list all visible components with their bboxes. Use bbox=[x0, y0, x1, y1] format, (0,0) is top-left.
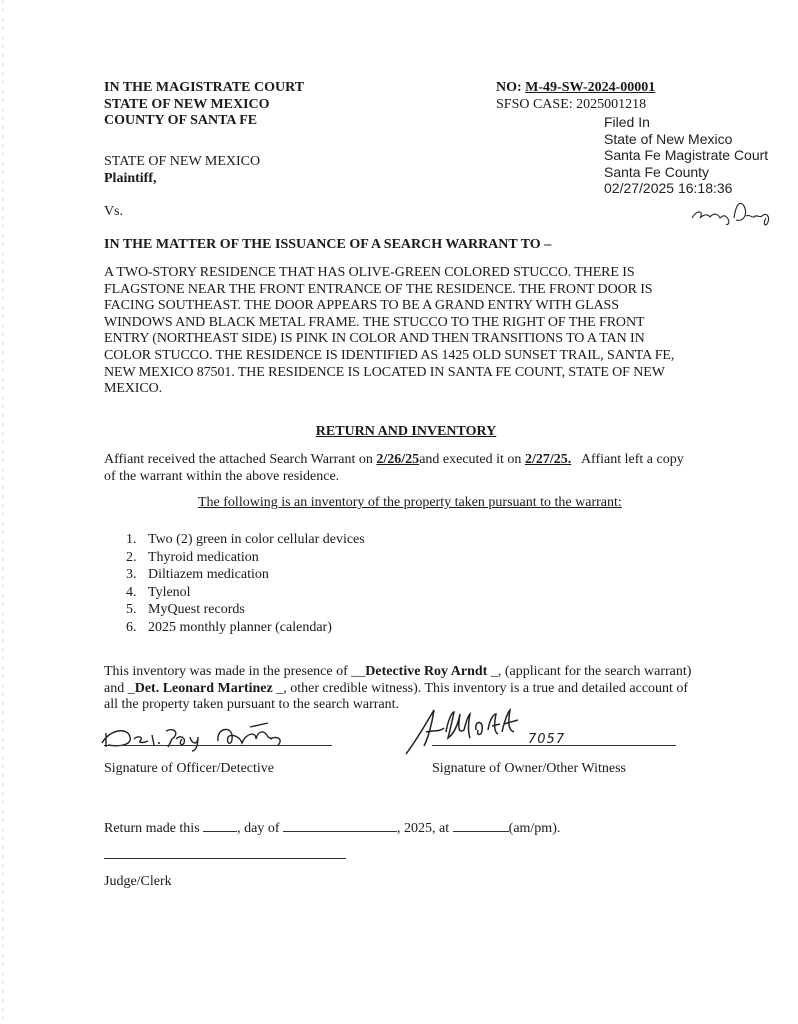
versus: Vs. bbox=[104, 204, 123, 221]
description-line: ENTRY (NORTHEAST SIDE) IS PINK IN COLOR … bbox=[104, 331, 704, 348]
clerk-signature bbox=[690, 196, 780, 230]
inventory-item: 5.MyQuest records bbox=[126, 601, 365, 619]
party-name: STATE OF NEW MEXICO bbox=[104, 154, 260, 171]
witness-signature-label: Signature of Owner/Other Witness bbox=[432, 761, 626, 778]
inventory-item-number: 3. bbox=[126, 566, 148, 584]
inventory-item-number: 6. bbox=[126, 619, 148, 637]
inventory-intro: The following is an inventory of the pro… bbox=[198, 495, 622, 512]
received-date: 2/26/25 bbox=[376, 452, 419, 467]
officer-signature-label: Signature of Officer/Detective bbox=[104, 761, 274, 778]
case-number: NO: M-49-SW-2024-00001 bbox=[496, 80, 655, 97]
case-numbers: NO: M-49-SW-2024-00001 SFSO CASE: 202500… bbox=[496, 80, 655, 113]
return-made-text: , day of bbox=[237, 821, 283, 836]
presence-text: _, other credible witness). This invento… bbox=[273, 681, 688, 696]
inventory-item-number: 1. bbox=[126, 531, 148, 549]
description-line: WINDOWS AND BLACK METAL FRAME. THE STUCC… bbox=[104, 315, 704, 332]
inventory-item-text: Two (2) green in color cellular devices bbox=[148, 532, 365, 547]
return-made-line: Return made this , day of , 2025, at (am… bbox=[104, 819, 560, 838]
inventory-item-number: 5. bbox=[126, 601, 148, 619]
filed-court: Santa Fe Magistrate Court bbox=[604, 147, 768, 164]
court-caption: IN THE MAGISTRATE COURT STATE OF NEW MEX… bbox=[104, 80, 304, 130]
return-made-text: Return made this bbox=[104, 821, 203, 836]
affiant-text: Affiant left a copy bbox=[571, 452, 684, 467]
applicant-name: Detective Roy Arndt bbox=[365, 664, 487, 679]
premises-description: A TWO-STORY RESIDENCE THAT HAS OLIVE-GRE… bbox=[104, 265, 704, 398]
affiant-text: and executed it on bbox=[419, 452, 525, 467]
case-number-value: M-49-SW-2024-00001 bbox=[525, 80, 655, 95]
executed-date: 2/27/25. bbox=[525, 452, 571, 467]
case-number-label: NO: bbox=[496, 80, 525, 95]
presence-text: and _ bbox=[104, 681, 135, 696]
inventory-item: 1.Two (2) green in color cellular device… bbox=[126, 531, 365, 549]
inventory-item-text: Diltiazem medication bbox=[148, 567, 269, 582]
return-made-text: (am/pm). bbox=[509, 821, 561, 836]
court-state: STATE OF NEW MEXICO bbox=[104, 97, 304, 114]
party-role: Plaintiff, bbox=[104, 171, 260, 188]
return-heading: RETURN AND INVENTORY bbox=[0, 424, 798, 441]
judge-clerk-label: Judge/Clerk bbox=[104, 874, 172, 891]
inventory-item-number: 2. bbox=[126, 549, 148, 567]
inventory-item-text: Thyroid medication bbox=[148, 550, 259, 565]
description-line: FLAGSTONE NEAR THE FRONT ENTRANCE OF THE… bbox=[104, 282, 704, 299]
affiant-text: Affiant received the attached Search War… bbox=[104, 452, 376, 467]
court-name: IN THE MAGISTRATE COURT bbox=[104, 80, 304, 97]
filed-timestamp: 02/27/2025 16:18:36 bbox=[604, 180, 768, 197]
filed-in: Filed In bbox=[604, 114, 768, 131]
presence-text: This inventory was made in the presence … bbox=[104, 664, 365, 679]
officer-signature-line bbox=[104, 745, 332, 746]
presence-text: _, (applicant for the search warrant) bbox=[487, 664, 691, 679]
inventory-item-number: 4. bbox=[126, 584, 148, 602]
inventory-item: 3.Diltiazem medication bbox=[126, 566, 365, 584]
witness-name: Det. Leonard Martinez bbox=[135, 681, 273, 696]
filing-stamp: Filed In State of New Mexico Santa Fe Ma… bbox=[604, 114, 768, 197]
inventory-item-text: MyQuest records bbox=[148, 602, 245, 617]
inventory-list: 1.Two (2) green in color cellular device… bbox=[126, 531, 365, 637]
witness-signature-line bbox=[432, 745, 676, 746]
witness-signature bbox=[404, 704, 594, 756]
filed-county: Santa Fe County bbox=[604, 164, 768, 181]
description-line: NEW MEXICO 87501. THE RESIDENCE IS LOCAT… bbox=[104, 365, 704, 382]
description-line: COLOR STUCCO. THE RESIDENCE IS IDENTIFIE… bbox=[104, 348, 704, 365]
filed-state: State of New Mexico bbox=[604, 131, 768, 148]
description-line: MEXICO. bbox=[104, 381, 704, 398]
affiant-text: of the warrant within the above residenc… bbox=[104, 469, 714, 486]
inventory-item: 4.Tylenol bbox=[126, 584, 365, 602]
affiant-statement: Affiant received the attached Search War… bbox=[104, 452, 714, 485]
inventory-item: 2.Thyroid medication bbox=[126, 549, 365, 567]
court-county: COUNTY OF SANTA FE bbox=[104, 113, 304, 130]
month-blank[interactable] bbox=[283, 819, 397, 832]
time-blank[interactable] bbox=[453, 819, 509, 832]
return-made-text: , 2025, at bbox=[397, 821, 453, 836]
description-line: A TWO-STORY RESIDENCE THAT HAS OLIVE-GRE… bbox=[104, 265, 704, 282]
scan-edge-artifact bbox=[2, 0, 4, 1024]
sfso-case: SFSO CASE: 2025001218 bbox=[496, 97, 655, 114]
inventory-item-text: Tylenol bbox=[148, 585, 191, 600]
inventory-item: 6.2025 monthly planner (calendar) bbox=[126, 619, 365, 637]
inventory-item-text: 2025 monthly planner (calendar) bbox=[148, 620, 332, 635]
judge-signature-line bbox=[104, 858, 346, 859]
matter-heading: IN THE MATTER OF THE ISSUANCE OF A SEARC… bbox=[104, 237, 551, 254]
party-block: STATE OF NEW MEXICO Plaintiff, bbox=[104, 154, 260, 187]
description-line: FACING SOUTHEAST. THE DOOR APPEARS TO BE… bbox=[104, 298, 704, 315]
day-blank[interactable] bbox=[203, 819, 237, 832]
